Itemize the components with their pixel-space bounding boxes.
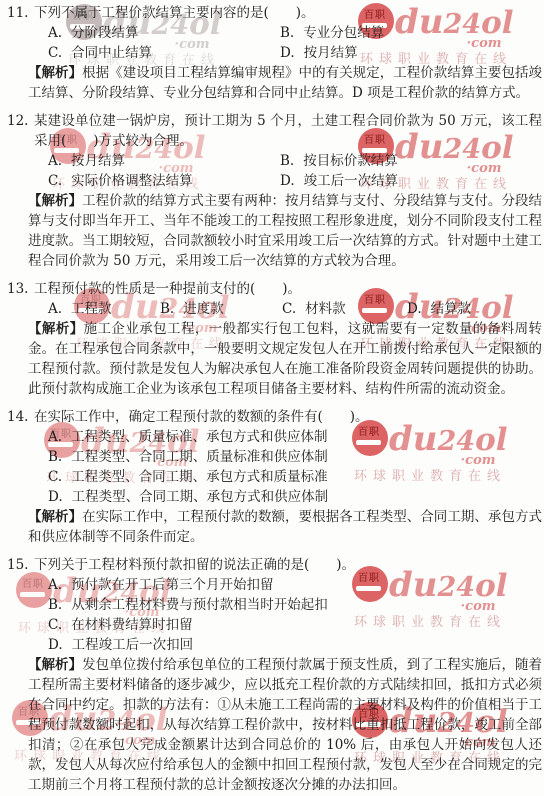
question-block: 14. 在实际工作中，确定工程预付款的数额的条件有( )。 A.工程类型、质量标… <box>4 407 542 547</box>
option-label: B. <box>160 301 174 317</box>
option-C: C.在材料费结算时扣留 <box>48 615 542 635</box>
analysis-text: 发包单位拨付给承包单位的工程预付款属于预支性质，到了工程实施后，随着工程所需主要… <box>28 657 542 793</box>
options-group: A.按月结算B.按目标价款结算C.实际价格调整法结算D.竣工后一次结算 <box>48 151 542 191</box>
option-label: A. <box>48 153 62 169</box>
question-block: 13. 工程预付款的性质是一种提前支付的( )。 A.工程款B.进度款C.材料款… <box>4 279 542 399</box>
analysis-text: 施工企业承包工程，一般都实行包工包料，这就需要有一定数量的备料周转金。在工程承包… <box>28 321 542 397</box>
option-label: D. <box>280 173 295 189</box>
scanned-exam-page: 百职 du24ol ·com 环球职业教育在线 百职 du24ol ·com 环… <box>0 0 544 796</box>
analysis-paragraph: 【解析】发包单位拨付给承包单位的工程预付款属于预支性质，到了工程实施后，随着工程… <box>28 655 542 795</box>
option-label: A. <box>48 577 62 593</box>
question-stem: 某建设单位建一锅炉房，预计工期为 5 个月，土建工程合同价款为 50 万元，该工… <box>34 111 542 151</box>
option-label: A. <box>48 301 62 317</box>
option-label: D. <box>407 301 422 317</box>
option-C: C.工程类型、合同工期、承包方式和质量标准 <box>48 467 542 487</box>
option-label: B. <box>280 25 294 41</box>
analysis-tag: 【解析】 <box>28 193 82 209</box>
analysis-text: 在实际工作中，工程预付款的数额，要根据各工程类型、合同工期、承包方式和供应体制等… <box>28 509 542 545</box>
option-D: D.结算款 <box>407 299 542 319</box>
analysis-text: 工程价款的结算方式主要有两种：按月结算与支付、分段结算与支付。分段结算与支付即当… <box>28 193 542 269</box>
analysis-paragraph: 【解析】工程价款的结算方式主要有两种：按月结算与支付、分段结算与支付。分段结算与… <box>28 191 542 271</box>
option-label: B. <box>48 597 62 613</box>
question-list: 11. 下列不属于工程价款结算主要内容的是( )。 A.分阶段结算B.专业分包结… <box>4 3 542 795</box>
analysis-paragraph: 【解析】施工企业承包工程，一般都实行包工包料，这就需要有一定数量的备料周转金。在… <box>28 319 542 399</box>
option-D: D.工程类型、合同工期、承包方式和供应体制 <box>48 487 542 507</box>
option-label: B. <box>48 449 62 465</box>
option-D: D.竣工后一次结算 <box>280 171 542 191</box>
option-A: A.工程类型、质量标准、承包方式和供应体制 <box>48 427 542 447</box>
option-label: C. <box>48 617 62 633</box>
question-stem: 在实际工作中，确定工程预付款的数额的条件有( )。 <box>34 407 542 427</box>
option-B: B.进度款 <box>160 299 282 319</box>
option-C: C.实际价格调整法结算 <box>48 171 280 191</box>
option-label: A. <box>48 25 62 41</box>
analysis-text: 根据《建设项目工程结算编审规程》中的有关规定，工程价款结算主要包括竣工结算、分阶… <box>28 65 542 101</box>
options-group: A.分阶段结算B.专业分包结算C.合同中止结算D.按月结算 <box>48 23 542 63</box>
question-stem: 下列关于工程材料预付款扣留的说法正确的是( )。 <box>34 555 542 575</box>
option-A: A.预付款在开工后第三个月开始扣留 <box>48 575 542 595</box>
option-D: D.工程竣工后一次扣回 <box>48 635 542 655</box>
analysis-paragraph: 【解析】在实际工作中，工程预付款的数额，要根据各工程类型、合同工期、承包方式和供… <box>28 507 542 547</box>
option-label: D. <box>48 489 63 505</box>
options-group: A.预付款在开工后第三个月开始扣留B.从剩余工程材料费与预付款相当时开始起扣C.… <box>48 575 542 655</box>
option-A: A.按月结算 <box>48 151 280 171</box>
option-B: B.专业分包结算 <box>280 23 542 43</box>
question-block: 11. 下列不属于工程价款结算主要内容的是( )。 A.分阶段结算B.专业分包结… <box>4 3 542 103</box>
analysis-tag: 【解析】 <box>28 509 82 525</box>
option-A: A.工程款 <box>48 299 160 319</box>
question-stem: 下列不属于工程价款结算主要内容的是( )。 <box>34 3 542 23</box>
option-label: D. <box>280 45 295 61</box>
option-C: C.材料款 <box>282 299 407 319</box>
analysis-tag: 【解析】 <box>28 65 82 81</box>
option-B: B.工程类型、合同工期、质量标准和供应体制 <box>48 447 542 467</box>
option-label: A. <box>48 429 62 445</box>
question-block: 15. 下列关于工程材料预付款扣留的说法正确的是( )。 A.预付款在开工后第三… <box>4 555 542 795</box>
option-A: A.分阶段结算 <box>48 23 280 43</box>
option-label: C. <box>48 173 62 189</box>
analysis-tag: 【解析】 <box>28 321 84 337</box>
question-block: 12. 某建设单位建一锅炉房，预计工期为 5 个月，土建工程合同价款为 50 万… <box>4 111 542 271</box>
analysis-paragraph: 【解析】根据《建设项目工程结算编审规程》中的有关规定，工程价款结算主要包括竣工结… <box>28 63 542 103</box>
option-label: C. <box>48 469 62 485</box>
options-group: A.工程类型、质量标准、承包方式和供应体制B.工程类型、合同工期、质量标准和供应… <box>48 427 542 507</box>
option-label: C. <box>48 45 62 61</box>
option-C: C.合同中止结算 <box>48 43 280 63</box>
option-B: B.按目标价款结算 <box>280 151 542 171</box>
option-label: D. <box>48 637 63 653</box>
option-label: B. <box>280 153 294 169</box>
option-label: C. <box>282 301 296 317</box>
analysis-tag: 【解析】 <box>28 657 82 673</box>
options-group: A.工程款B.进度款C.材料款D.结算款 <box>48 299 542 319</box>
option-B: B.从剩余工程材料费与预付款相当时开始起扣 <box>48 595 542 615</box>
option-D: D.按月结算 <box>280 43 542 63</box>
question-stem: 工程预付款的性质是一种提前支付的( )。 <box>34 279 542 299</box>
